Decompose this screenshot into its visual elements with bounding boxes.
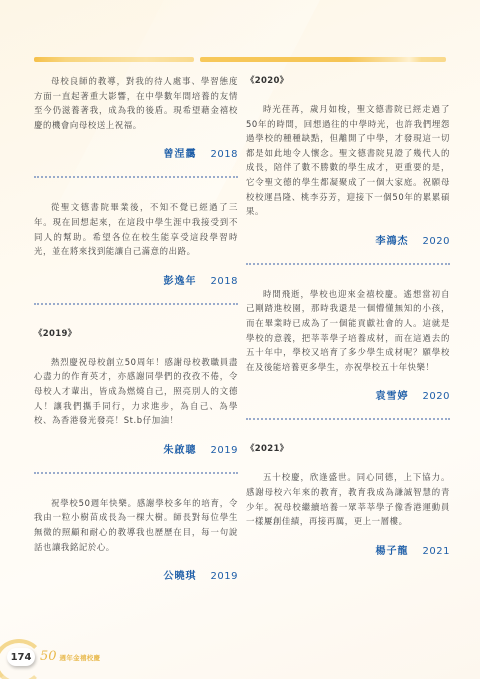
author-name: 彭逸年 (164, 276, 197, 287)
author-year: 2018 (211, 149, 238, 160)
dotted-divider (34, 472, 238, 474)
year-heading: 《2019》 (34, 327, 238, 339)
page-number: 174 (7, 648, 35, 666)
header-bar-segment (200, 57, 446, 62)
right-column: 《2020》 時光荏苒，歲月如梭，聖文德書院已經走過了50年的時間，回想過往的中… (246, 74, 450, 557)
author-year: 2019 (211, 571, 238, 582)
anniversary-logo: 50 週年金禧校慶 (40, 649, 100, 664)
signature: 朱啟聰2019 (34, 441, 238, 456)
author-year: 2018 (211, 276, 238, 287)
message-entry: 時間飛逝，學校也迎來金禧校慶。遙想當初自己剛踏進校園，那時我還是一個懵懂無知的小… (246, 287, 450, 403)
message-entry: 《2019》 熱烈慶祝母校創立50周年！感謝母校教職員盡心盡力的作育英才，亦感謝… (34, 327, 238, 456)
author-name: 李鴻杰 (376, 236, 409, 247)
message-entry: 《2020》 時光荏苒，歲月如梭，聖文德書院已經走過了50年的時間，回想過往的中… (246, 74, 450, 247)
signature: 曾涅靄2018 (34, 145, 238, 160)
message-text: 五十校慶，欣逢盛世。同心同德，上下協力。感謝母校六年來的教育，教育我成為謙誠智慧… (246, 470, 450, 528)
message-entry: 祝學校50週年快樂。感謝學校多年的培育，令我由一粒小樹苗成長為一棵大樹。師長對每… (34, 496, 238, 582)
author-name: 袁雪婷 (376, 391, 409, 402)
author-name: 公曉琪 (164, 571, 197, 582)
dotted-divider (34, 176, 238, 178)
message-text: 從聖文德書院畢業後，不知不覺已經過了三年。現在回想起來，在這段中學生涯中我接受到… (34, 200, 238, 258)
author-name: 曾涅靄 (164, 149, 197, 160)
logo-number: 50 (40, 649, 57, 664)
signature: 楊子龍2021 (246, 542, 450, 557)
author-name: 朱啟聰 (164, 445, 197, 456)
year-heading: 《2021》 (246, 442, 450, 454)
signature: 袁雪婷2020 (246, 387, 450, 402)
message-entry: 《2021》 五十校慶，欣逢盛世。同心同德，上下協力。感謝母校六年來的教育，教育… (246, 442, 450, 556)
page-footer: 174 50 週年金禧校慶 (0, 643, 200, 679)
message-entry: 從聖文德書院畢業後，不知不覺已經過了三年。現在回想起來，在這段中學生涯中我接受到… (34, 200, 238, 286)
dotted-divider (246, 418, 450, 420)
header-bar-segment (34, 57, 194, 62)
author-year: 2021 (423, 546, 450, 557)
dotted-divider (34, 303, 238, 305)
message-text: 時光荏苒，歲月如梭，聖文德書院已經走過了50年的時間，回想過往的中學時光，也許我… (246, 102, 450, 219)
header-gold-bar (34, 57, 446, 62)
year-heading: 《2020》 (246, 74, 450, 86)
signature: 公曉琪2019 (34, 567, 238, 582)
message-text: 祝學校50週年快樂。感謝學校多年的培育，令我由一粒小樹苗成長為一棵大樹。師長對每… (34, 496, 238, 554)
message-text: 時間飛逝，學校也迎來金禧校慶。遙想當初自己剛踏進校園，那時我還是一個懵懂無知的小… (246, 287, 450, 375)
message-entry: 母校良師的教導，對我的待人處事、學習態度方面一直起著重大影響，在中學數年間培養的… (34, 74, 238, 160)
message-text: 熱烈慶祝母校創立50周年！感謝母校教職員盡心盡力的作育英才，亦感謝同學們的孜孜不… (34, 355, 238, 428)
signature: 彭逸年2018 (34, 272, 238, 287)
author-name: 楊子龍 (376, 546, 409, 557)
author-year: 2020 (423, 391, 450, 402)
signature: 李鴻杰2020 (246, 232, 450, 247)
logo-text: 週年金禧校慶 (60, 653, 101, 662)
author-year: 2020 (423, 236, 450, 247)
left-column: 母校良師的教導，對我的待人處事、學習態度方面一直起著重大影響，在中學數年間培養的… (34, 74, 238, 582)
author-year: 2019 (211, 445, 238, 456)
message-text: 母校良師的教導，對我的待人處事、學習態度方面一直起著重大影響，在中學數年間培養的… (34, 74, 238, 132)
dotted-divider (246, 263, 450, 265)
